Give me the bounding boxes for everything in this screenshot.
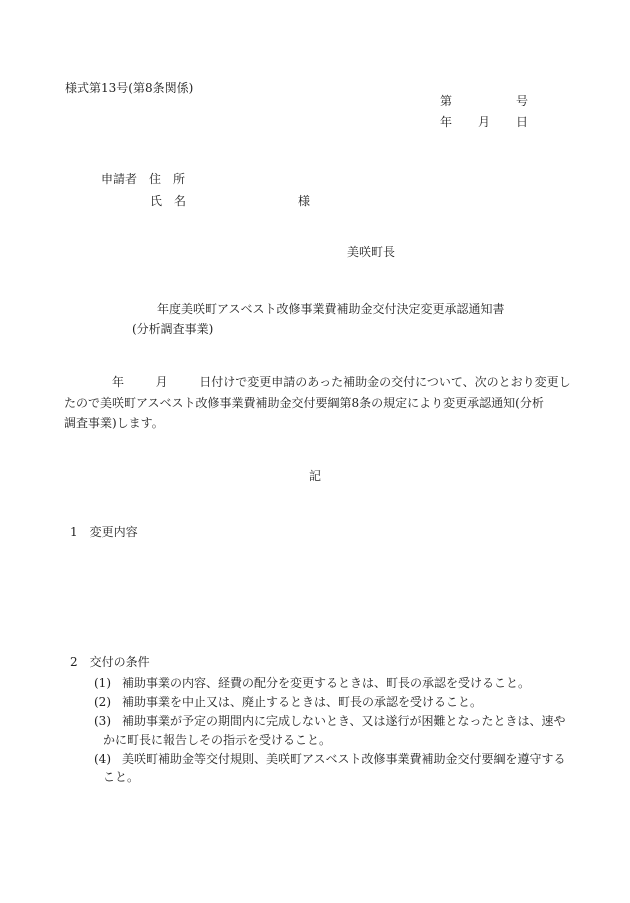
document-title-line2: (分析調査事業) bbox=[132, 322, 213, 337]
form-number: 様式第13号(第8条関係) bbox=[65, 81, 193, 96]
condition-1-text: 補助事業の内容、経費の配分を変更するときは、町長の承認を受けること。 bbox=[122, 676, 530, 691]
section-1-heading: 1 変更内容 bbox=[70, 525, 138, 540]
condition-item-3: (3) 補助事業が予定の期間内に完成しないとき、又は遂行が困難となったときは、速… bbox=[94, 714, 566, 729]
condition-item-2: (2) 補助事業を中止又は、廃止するときは、町長の承認を受けること。 bbox=[94, 695, 482, 710]
document-page: 様式第13号(第8条関係) 第 号 年 月 日 申請者 住 所 氏 名 様 美咲… bbox=[0, 0, 630, 903]
doc-number-line: 第 号 bbox=[440, 94, 528, 109]
doc-number-prefix: 第 bbox=[440, 94, 452, 109]
section-2-label: 交付の条件 bbox=[90, 655, 150, 670]
condition-item-3-continuation: かに町長に報告しその指示を受けること。 bbox=[103, 733, 331, 748]
date-day-label: 日 bbox=[516, 115, 528, 130]
condition-3-text: 補助事業が予定の期間内に完成しないとき、又は遂行が困難となったときは、速や bbox=[122, 714, 566, 729]
condition-4-text: 美咲町補助金等交付規則、美咲町アスベスト改修事業費補助金交付要綱を遵守する bbox=[122, 752, 566, 767]
condition-item-4-continuation: こと。 bbox=[103, 770, 139, 785]
condition-3-number: (3) bbox=[94, 714, 111, 729]
date-year-label: 年 bbox=[440, 115, 452, 130]
section-2-heading: 2 交付の条件 bbox=[70, 655, 150, 670]
record-mark: 記 bbox=[64, 469, 566, 484]
section-1-number: 1 bbox=[70, 525, 78, 540]
date-line: 年 月 日 bbox=[440, 115, 528, 130]
condition-4-number: (4) bbox=[94, 752, 111, 767]
condition-item-1: (1) 補助事業の内容、経費の配分を変更するときは、町長の承認を受けること。 bbox=[94, 676, 530, 691]
applicant-name-line: 氏 名 bbox=[150, 194, 186, 209]
body-paragraph-line2: たので美咲町アスベスト改修事業費補助金交付要綱第8条の規定により変更承認通知(分… bbox=[64, 396, 544, 411]
condition-2-text: 補助事業を中止又は、廃止するときは、町長の承認を受けること。 bbox=[122, 695, 482, 710]
applicant-address-line: 申請者 住 所 bbox=[101, 172, 185, 187]
document-title-line1: 年度美咲町アスベスト改修事業費補助金交付決定変更承認通知書 bbox=[157, 302, 505, 317]
body-paragraph-line1: 年 月 日付けで変更申請のあった補助金の交付について、次のとおり変更し bbox=[64, 375, 571, 390]
section-1-label: 変更内容 bbox=[90, 525, 138, 540]
condition-2-number: (2) bbox=[94, 695, 111, 710]
section-2-number: 2 bbox=[70, 655, 78, 670]
applicant-honorific: 様 bbox=[298, 194, 310, 209]
condition-1-number: (1) bbox=[94, 676, 111, 691]
doc-number-suffix: 号 bbox=[516, 94, 528, 109]
condition-item-4: (4) 美咲町補助金等交付規則、美咲町アスベスト改修事業費補助金交付要綱を遵守す… bbox=[94, 752, 566, 767]
mayor-signature: 美咲町長 bbox=[347, 245, 395, 260]
body-paragraph-line3: 調査事業)します。 bbox=[64, 416, 164, 431]
date-month-label: 月 bbox=[478, 115, 490, 130]
